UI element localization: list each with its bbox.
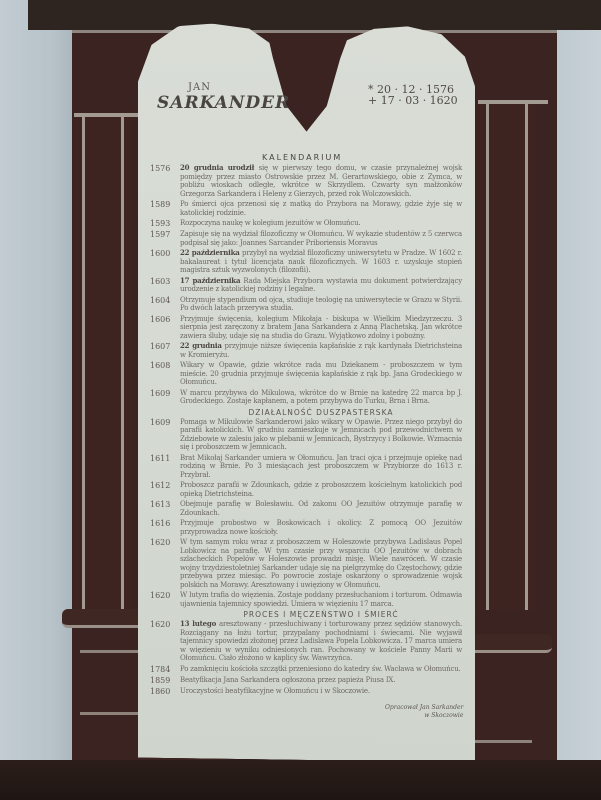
entry-text: Zapisuje się na wydział filozoficzny w O… <box>180 230 462 247</box>
calendar-entry: 1597Zapisuje się na wydział filozoficzny… <box>150 230 462 247</box>
signature-place: w Skoczowie <box>385 712 463 720</box>
top-beam <box>28 0 601 30</box>
entry-year: 1784 <box>150 665 180 674</box>
entry-year: 1620 <box>150 620 180 663</box>
section-title: PROCES I MĘCZEŃSTWO I ŚMIERĆ <box>180 610 462 619</box>
entry-text: 13 lutego aresztowany - przesłuchiwany i… <box>180 620 462 663</box>
entry-text: Uroczystości beatyfikacyjne w Ołomuńcu i… <box>180 687 462 696</box>
entry-text: Przyjmuje święcenia, kolegium Mikołaja -… <box>180 315 462 341</box>
entry-text: 20 grudnia urodził się w pierwszy tego d… <box>180 164 462 198</box>
entry-text: 17 października Rada Miejska Przybora wy… <box>180 277 462 294</box>
surname: SARKANDER <box>157 93 290 113</box>
calendar-entry: 160722 grudnia przyjmuje niższe święceni… <box>150 342 462 359</box>
entry-year: 1620 <box>150 591 180 608</box>
calendar-heading: KALENDARIUM <box>262 153 342 162</box>
entry-year: 1620 <box>150 538 180 589</box>
entry-year: 1576 <box>150 164 180 198</box>
floor <box>0 760 601 800</box>
calendar-entry: 1613Obejmuje parafię w Bolesławiu. Od za… <box>150 500 462 517</box>
calendar-entry: 160317 października Rada Miejska Przybor… <box>150 277 462 294</box>
entry-year: 1609 <box>150 389 180 406</box>
calendar-entry: 1609Pomaga w Mikulowie Sarkanderowi jako… <box>150 418 462 452</box>
calendar-entry: 1608Wikary w Opawie, gdzie wkrótce rada … <box>150 361 462 387</box>
signature: Opracował Jan Sarkander w Skoczowie <box>385 704 463 720</box>
calendar-entry: 157620 grudnia urodził się w pierwszy te… <box>150 164 462 198</box>
entry-year: 1600 <box>150 249 180 275</box>
calendar-entry: 160022 października przybył na wydział f… <box>150 249 462 275</box>
wall-left <box>0 0 75 800</box>
signature-author: Opracował Jan Sarkander <box>385 704 463 712</box>
calendar-entry: 1589Po śmierci ojca przenosi się z matką… <box>150 200 462 217</box>
left-ledge <box>62 609 148 628</box>
death-date: + 17 · 03 · 1620 <box>368 95 458 106</box>
entry-text: Brat Mikołaj Sarkander umiera w Ołomuńcu… <box>180 454 462 480</box>
calendar-entry: 1606Przyjmuje święcenia, kolegium Mikoła… <box>150 315 462 341</box>
left-pillar-cap <box>74 113 140 117</box>
calendar-entry: 1620W lutym trafia do więzienia. Zostaje… <box>150 591 462 608</box>
entry-year: 1611 <box>150 454 180 480</box>
entry-text: Proboszcz parafii w Zdounkach, gdzie z p… <box>180 481 462 498</box>
entry-year: 1613 <box>150 500 180 517</box>
entry-year: 1859 <box>150 676 180 685</box>
entry-text: Pomaga w Mikulowie Sarkanderowi jako wik… <box>180 418 462 452</box>
entry-year: 1597 <box>150 230 180 247</box>
entry-lead: 13 lutego <box>180 619 219 628</box>
calendar-entry: 1593Rozpoczyna naukę w kolegium jezuitów… <box>150 219 462 228</box>
entry-text: W lutym trafia do więzienia. Zostaje pod… <box>180 591 462 608</box>
calendar-entry: 1611Brat Mikołaj Sarkander umiera w Ołom… <box>150 454 462 480</box>
entry-text: W marcu przybywa do Mikulowa, wkrótce do… <box>180 389 462 406</box>
entry-year: 1608 <box>150 361 180 387</box>
calendar-entry: 1860Uroczystości beatyfikacyjne w Ołomuń… <box>150 687 462 696</box>
life-dates: * 20 · 12 · 1576 + 17 · 03 · 1620 <box>368 84 458 106</box>
entry-text: 22 października przybył na wydział filoz… <box>180 249 462 275</box>
entry-year: 1607 <box>150 342 180 359</box>
right-pillar-cap <box>478 100 548 104</box>
entry-year: 1589 <box>150 200 180 217</box>
entry-text: Wikary w Opawie, gdzie wkrótce rada mu D… <box>180 361 462 387</box>
entry-text: Po zamknięciu kościoła szczątki przenies… <box>180 665 462 674</box>
calendar-entry: 1859Beatyfikacja Jana Sarkandera ogłoszo… <box>150 676 462 685</box>
entry-text: Przyjmuje probostwo w Boskowicach i okol… <box>180 519 462 536</box>
entry-lead: 17 października <box>180 276 243 285</box>
entry-lead: 20 grudnia urodził <box>180 163 259 172</box>
section-title: DZIAŁALNOŚĆ DUSZPASTERSKA <box>180 408 462 417</box>
entry-year: 1616 <box>150 519 180 536</box>
entry-text: Po śmierci ojca przenosi się z matką do … <box>180 200 462 217</box>
wall-right <box>555 0 601 800</box>
calendar-entry: 1612Proboszcz parafii w Zdounkach, gdzie… <box>150 481 462 498</box>
entry-year: 1609 <box>150 418 180 452</box>
entry-year: 1612 <box>150 481 180 498</box>
entry-year: 1603 <box>150 277 180 294</box>
first-name: JAN <box>188 82 211 93</box>
entry-text: W tym samym roku wraz z proboszczem w Ho… <box>180 538 462 589</box>
entry-text: Beatyfikacja Jana Sarkandera ogłoszona p… <box>180 676 462 685</box>
calendar-entry: 1604Otrzymuje stypendium od ojca, studiu… <box>150 296 462 313</box>
entry-text: Rozpoczyna naukę w kolegium jezuitów w O… <box>180 219 462 228</box>
left-pillar <box>74 115 132 610</box>
entry-text: 22 grudnia przyjmuje niższe święcenia ka… <box>180 342 462 359</box>
calendar-entries: 157620 grudnia urodził się w pierwszy te… <box>150 164 462 698</box>
calendar-entry: 1609W marcu przybywa do Mikulowa, wkrótc… <box>150 389 462 406</box>
entry-lead: 22 grudnia <box>180 341 225 350</box>
entry-year: 1593 <box>150 219 180 228</box>
entry-text: Obejmuje parafię w Bolesławiu. Od zakonu… <box>180 500 462 517</box>
entry-lead: 22 października <box>180 248 242 257</box>
calendar-entry: 1620W tym samym roku wraz z proboszczem … <box>150 538 462 589</box>
entry-year: 1604 <box>150 296 180 313</box>
calendar-entry: 1616Przyjmuje probostwo w Boskowicach i … <box>150 519 462 536</box>
entry-year: 1606 <box>150 315 180 341</box>
frame-trim-top <box>72 30 557 33</box>
entry-text: Otrzymuje stypendium od ojca, studiuje t… <box>180 296 462 313</box>
right-ledge <box>462 634 552 653</box>
calendar-entry: 162013 lutego aresztowany - przesłuchiwa… <box>150 620 462 663</box>
right-pillar <box>478 100 536 610</box>
calendar-entry: 1784Po zamknięciu kościoła szczątki prze… <box>150 665 462 674</box>
entry-year: 1860 <box>150 687 180 696</box>
